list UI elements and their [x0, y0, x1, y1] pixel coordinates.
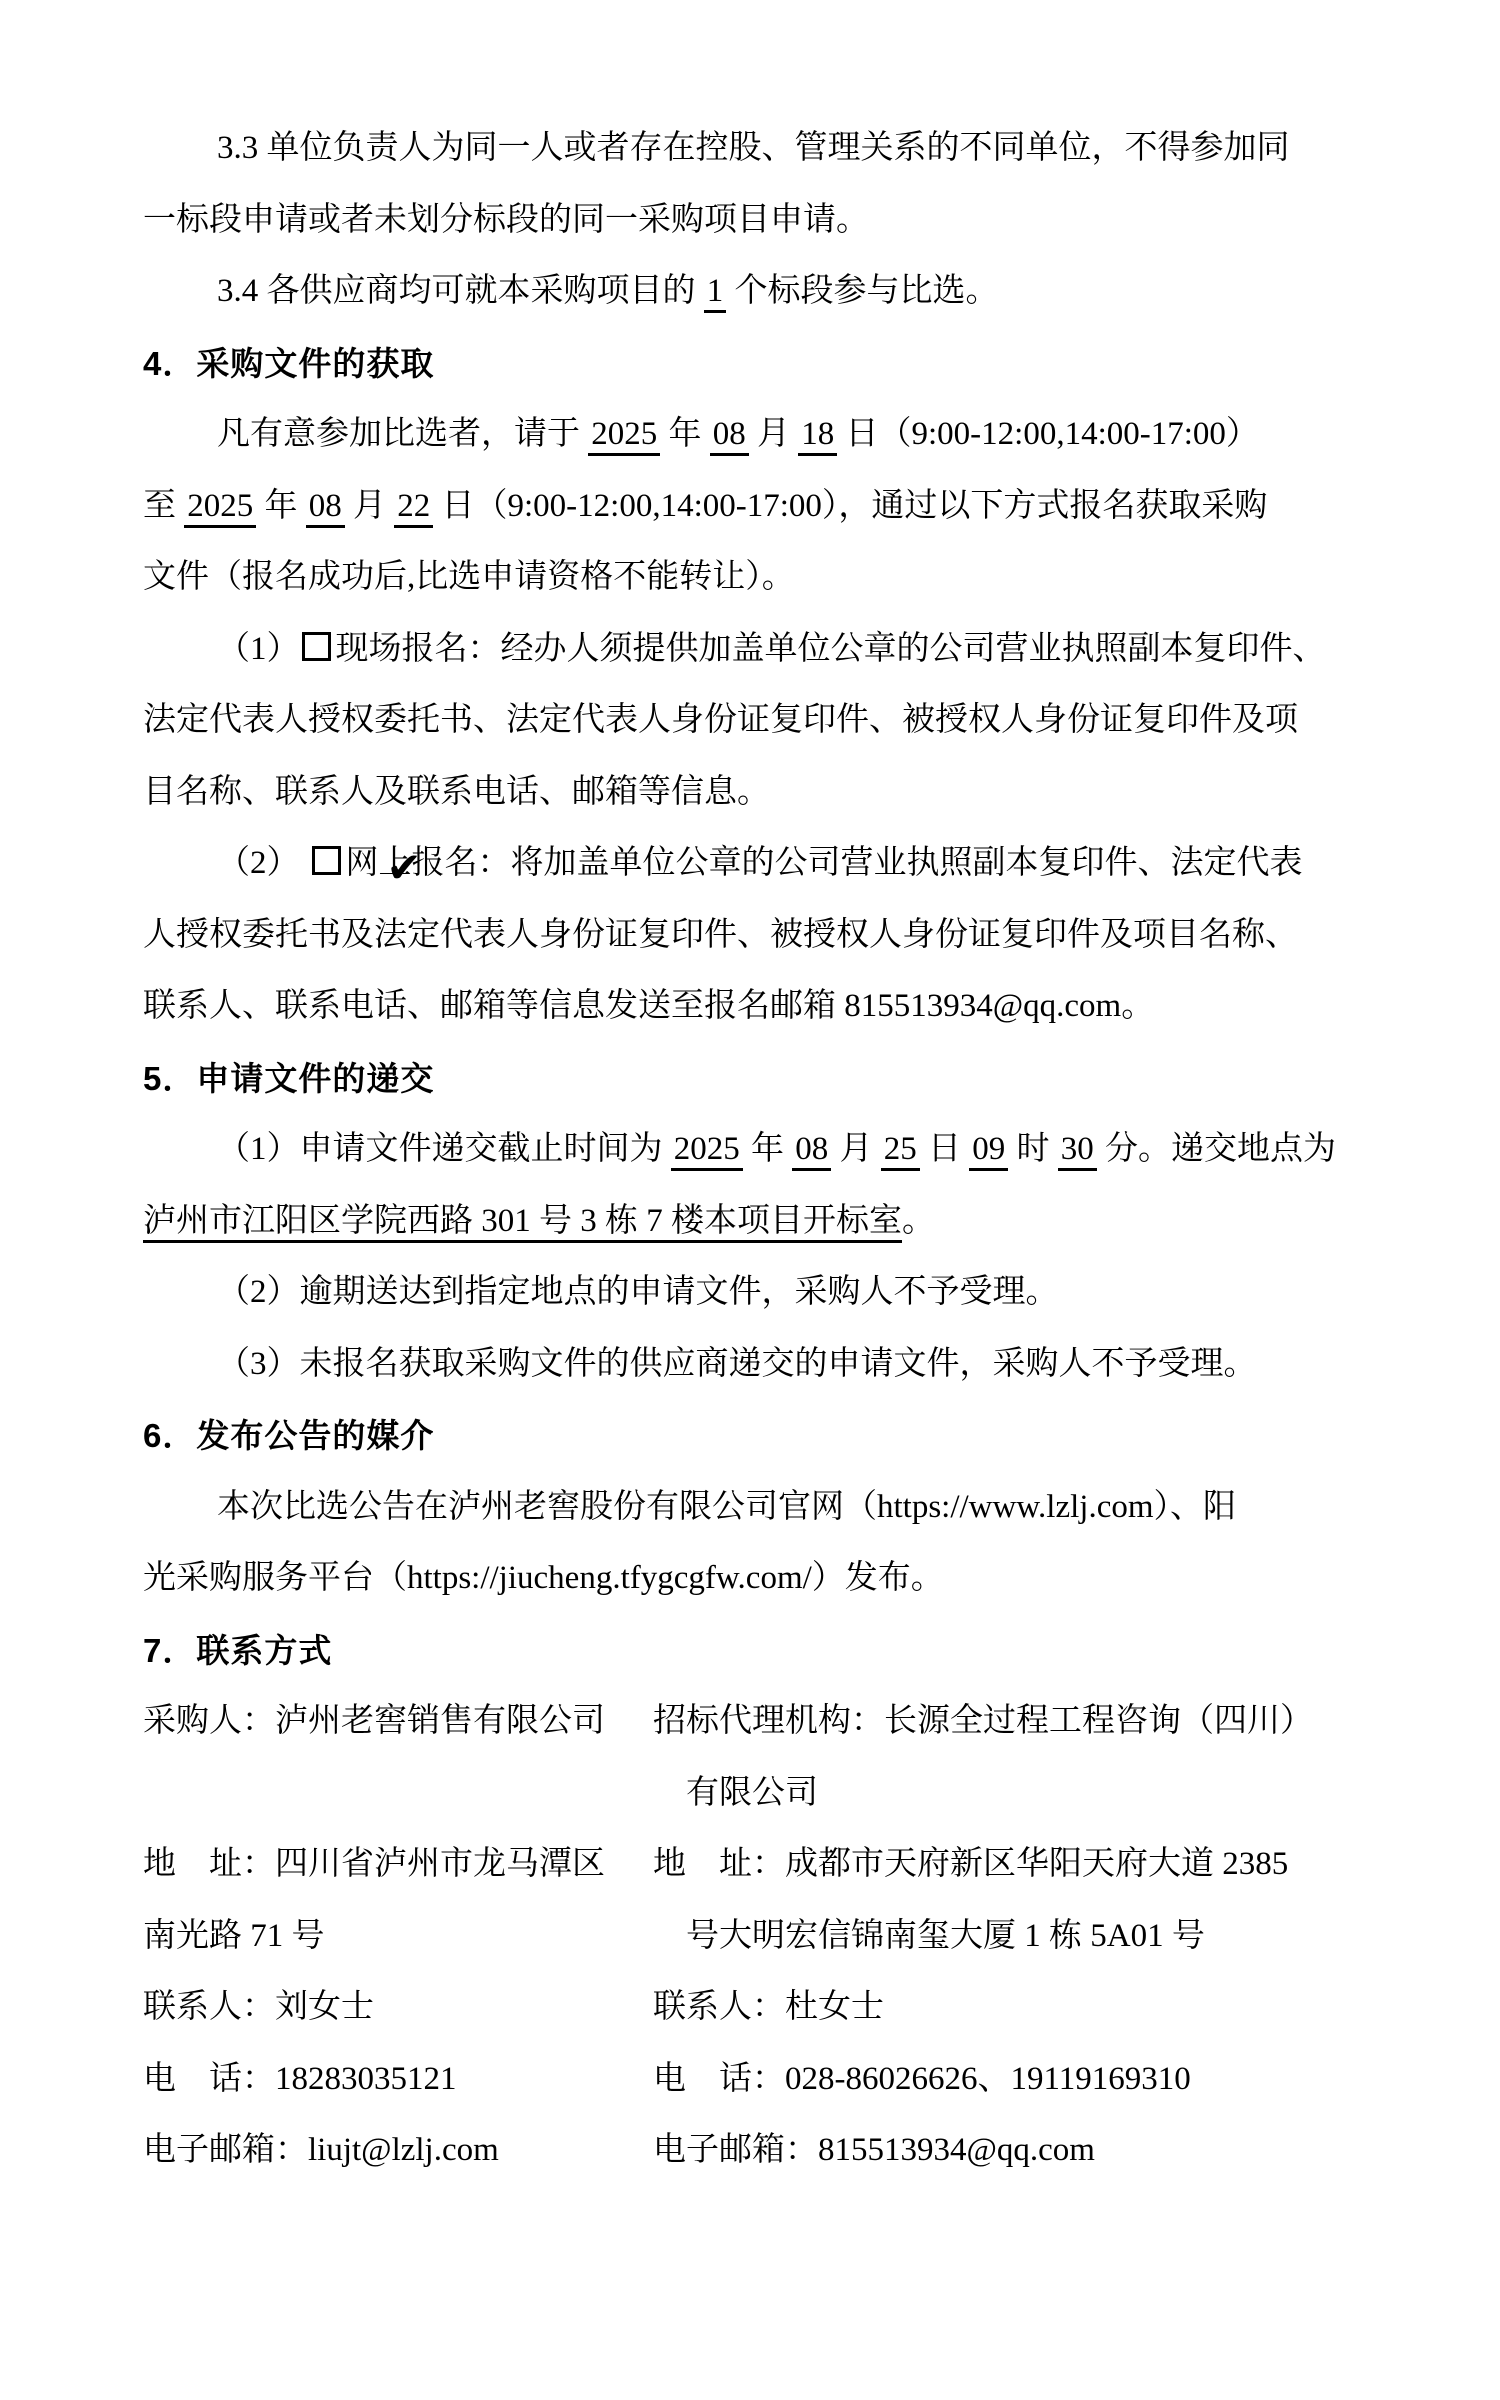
contact-row-persons: 联系人：刘女士 联系人：杜女士 — [143, 1972, 1355, 2044]
buyer-address-line-1: 地 址：四川省泸州市龙马潭区 — [143, 1829, 653, 1901]
sec4-paragraph-line-3: 文件（报名成功后,比选申请资格不能转让）。 — [143, 542, 1355, 614]
sec5-p1-sep1: 年 — [743, 1131, 793, 1167]
sec5-p1-sep3: 日 — [920, 1131, 970, 1167]
contact-row-names: 采购人：泸州老窖销售有限公司 招标代理机构：长源全过程工程咨询（四川） 有限公司 — [143, 1686, 1355, 1829]
clause-3-4-text-post: 个标段参与比选。 — [726, 273, 998, 309]
sec4-item-2-text: 网上报名：将加盖单位公章的公司营业执照副本复印件、法定代表 — [346, 845, 1303, 881]
sec4-p1-sep2: 月 — [749, 416, 799, 452]
sec4-item-1-line-1: （1）现场报名：经办人须提供加盖单位公章的公司营业执照副本复印件、 — [143, 614, 1355, 686]
sec4-paragraph-line-2: 至 2025 年 08 月 22 日（9:00-12:00,14:00-17:0… — [143, 471, 1355, 543]
agency-address-line-1: 地 址：成都市天府新区华阳天府大道 2385 — [653, 1829, 1355, 1901]
sec4-p1-pre: 凡有意参加比选者，请于 — [217, 416, 588, 452]
agency-phone: 电 话：028-86026626、19119169310 — [653, 2044, 1355, 2116]
sec4-item-1-line-3: 目名称、联系人及联系电话、邮箱等信息。 — [143, 757, 1355, 829]
sec4-item-2-line-1: （2）网上报名：将加盖单位公章的公司营业执照副本复印件、法定代表 — [143, 828, 1355, 900]
sec4-p2-pre: 至 — [143, 488, 184, 524]
submission-address-underlined: 泸州市江阳区学院西路 301 号 3 栋 7 楼本项目开标室 — [143, 1203, 902, 1243]
buyer-email: 电子邮箱：liujt@lzlj.com — [143, 2115, 653, 2187]
sec5-deadline-minute-underlined: 30 — [1058, 1131, 1097, 1171]
agency-name-line-2: 有限公司 — [653, 1758, 1355, 1830]
sec4-end-day-underlined: 22 — [394, 488, 433, 528]
sec5-p1-sep2: 月 — [831, 1131, 881, 1167]
clause-3-3-line-2: 一标段申请或者未划分标段的同一采购项目申请。 — [143, 185, 1355, 257]
sec5-p1-sep4: 时 — [1008, 1131, 1058, 1167]
sec5-deadline-year-underlined: 2025 — [671, 1131, 743, 1171]
sec4-item-1-number: （1） — [217, 631, 300, 667]
checked-checkbox-icon — [312, 846, 341, 875]
sec4-paragraph-line-1: 凡有意参加比选者，请于 2025 年 08 月 18 日（9:00-12:00,… — [143, 399, 1355, 471]
sec5-deadline-day-underlined: 25 — [881, 1131, 920, 1171]
buyer-address-line-2: 南光路 71 号 — [143, 1901, 653, 1973]
buyer-contact-person: 联系人：刘女士 — [143, 1972, 653, 2044]
sec4-p2-post: 日（9:00-12:00,14:00-17:00），通过以下方式报名获取采购 — [433, 488, 1267, 524]
document-page: 3.3 单位负责人为同一人或者存在控股、管理关系的不同单位，不得参加同 一标段申… — [0, 0, 1500, 2400]
sec4-p1-sep1: 年 — [660, 416, 710, 452]
empty-checkbox-icon — [302, 632, 331, 661]
sec4-start-day-underlined: 18 — [798, 416, 837, 456]
sec4-start-month-underlined: 08 — [710, 416, 749, 456]
agency-contact-person: 联系人：杜女士 — [653, 1972, 1355, 2044]
clause-3-4-line: 3.4 各供应商均可就本采购项目的 1 个标段参与比选。 — [143, 256, 1355, 328]
sec4-p2-sep2: 月 — [345, 488, 395, 524]
clause-3-4-lot-count-underlined: 1 — [704, 273, 727, 313]
sec6-paragraph-line-1: 本次比选公告在泸州老窖股份有限公司官网（https://www.lzlj.com… — [143, 1472, 1355, 1544]
agency-email: 电子邮箱：815513934@qq.com — [653, 2115, 1355, 2187]
sec4-item-2-line-2: 人授权委托书及法定代表人身份证复印件、被授权人身份证复印件及项目名称、 — [143, 900, 1355, 972]
clause-3-4-text-pre: 3.4 各供应商均可就本采购项目的 — [217, 273, 704, 309]
buyer-name-line: 采购人：泸州老窖销售有限公司 — [143, 1686, 653, 1758]
sec4-end-year-underlined: 2025 — [184, 488, 256, 528]
sec5-item-3-line: （3）未报名获取采购文件的供应商递交的申请文件，采购人不予受理。 — [143, 1329, 1355, 1401]
sec4-item-2-number: （2） — [217, 845, 300, 881]
contact-row-emails: 电子邮箱：liujt@lzlj.com 电子邮箱：815513934@qq.co… — [143, 2115, 1355, 2187]
agency-address-line-2: 号大明宏信锦南玺大厦 1 栋 5A01 号 — [653, 1901, 1355, 1973]
sec4-item-1-line-2: 法定代表人授权委托书、法定代表人身份证复印件、被授权人身份证复印件及项 — [143, 685, 1355, 757]
buyer-phone: 电 话：18283035121 — [143, 2044, 653, 2116]
sec5-item-1-line-1: （1）申请文件递交截止时间为 2025 年 08 月 25 日 09 时 30 … — [143, 1114, 1355, 1186]
sec5-item-1-line-2: 泸州市江阳区学院西路 301 号 3 栋 7 楼本项目开标室。 — [143, 1186, 1355, 1258]
clause-3-3-line-1: 3.3 单位负责人为同一人或者存在控股、管理关系的不同单位，不得参加同 — [143, 113, 1355, 185]
sec6-paragraph-line-2: 光采购服务平台（https://jiucheng.tfygcgfw.com/）发… — [143, 1543, 1355, 1615]
sec4-p1-post: 日（9:00-12:00,14:00-17:00） — [837, 416, 1259, 452]
section-7-heading: 7．联系方式 — [143, 1615, 1355, 1687]
sec5-p1-post: 分。递交地点为 — [1097, 1131, 1336, 1167]
sec5-p1-pre: （1）申请文件递交截止时间为 — [217, 1131, 671, 1167]
sec5-item-2-line: （2）逾期送达到指定地点的申请文件，采购人不予受理。 — [143, 1257, 1355, 1329]
sec5-deadline-month-underlined: 08 — [792, 1131, 831, 1171]
sec4-item-1-text: 现场报名：经办人须提供加盖单位公章的公司营业执照副本复印件、 — [336, 631, 1326, 667]
sec4-item-2-line-3: 联系人、联系电话、邮箱等信息发送至报名邮箱 815513934@qq.com。 — [143, 971, 1355, 1043]
contact-row-phones: 电 话：18283035121 电 话：028-86026626、1911916… — [143, 2044, 1355, 2116]
section-4-heading: 4．采购文件的获取 — [143, 328, 1355, 400]
sec4-p2-sep1: 年 — [256, 488, 306, 524]
sec4-end-month-underlined: 08 — [306, 488, 345, 528]
sec5-deadline-hour-underlined: 09 — [969, 1131, 1008, 1171]
section-6-heading: 6．发布公告的媒介 — [143, 1400, 1355, 1472]
contact-row-addresses: 地 址：四川省泸州市龙马潭区 南光路 71 号 地 址：成都市天府新区华阳天府大… — [143, 1829, 1355, 1972]
sec4-start-year-underlined: 2025 — [588, 416, 660, 456]
section-5-heading: 5．申请文件的递交 — [143, 1043, 1355, 1115]
submission-address-period: 。 — [902, 1203, 935, 1239]
agency-name-line-1: 招标代理机构：长源全过程工程咨询（四川） — [653, 1686, 1355, 1758]
